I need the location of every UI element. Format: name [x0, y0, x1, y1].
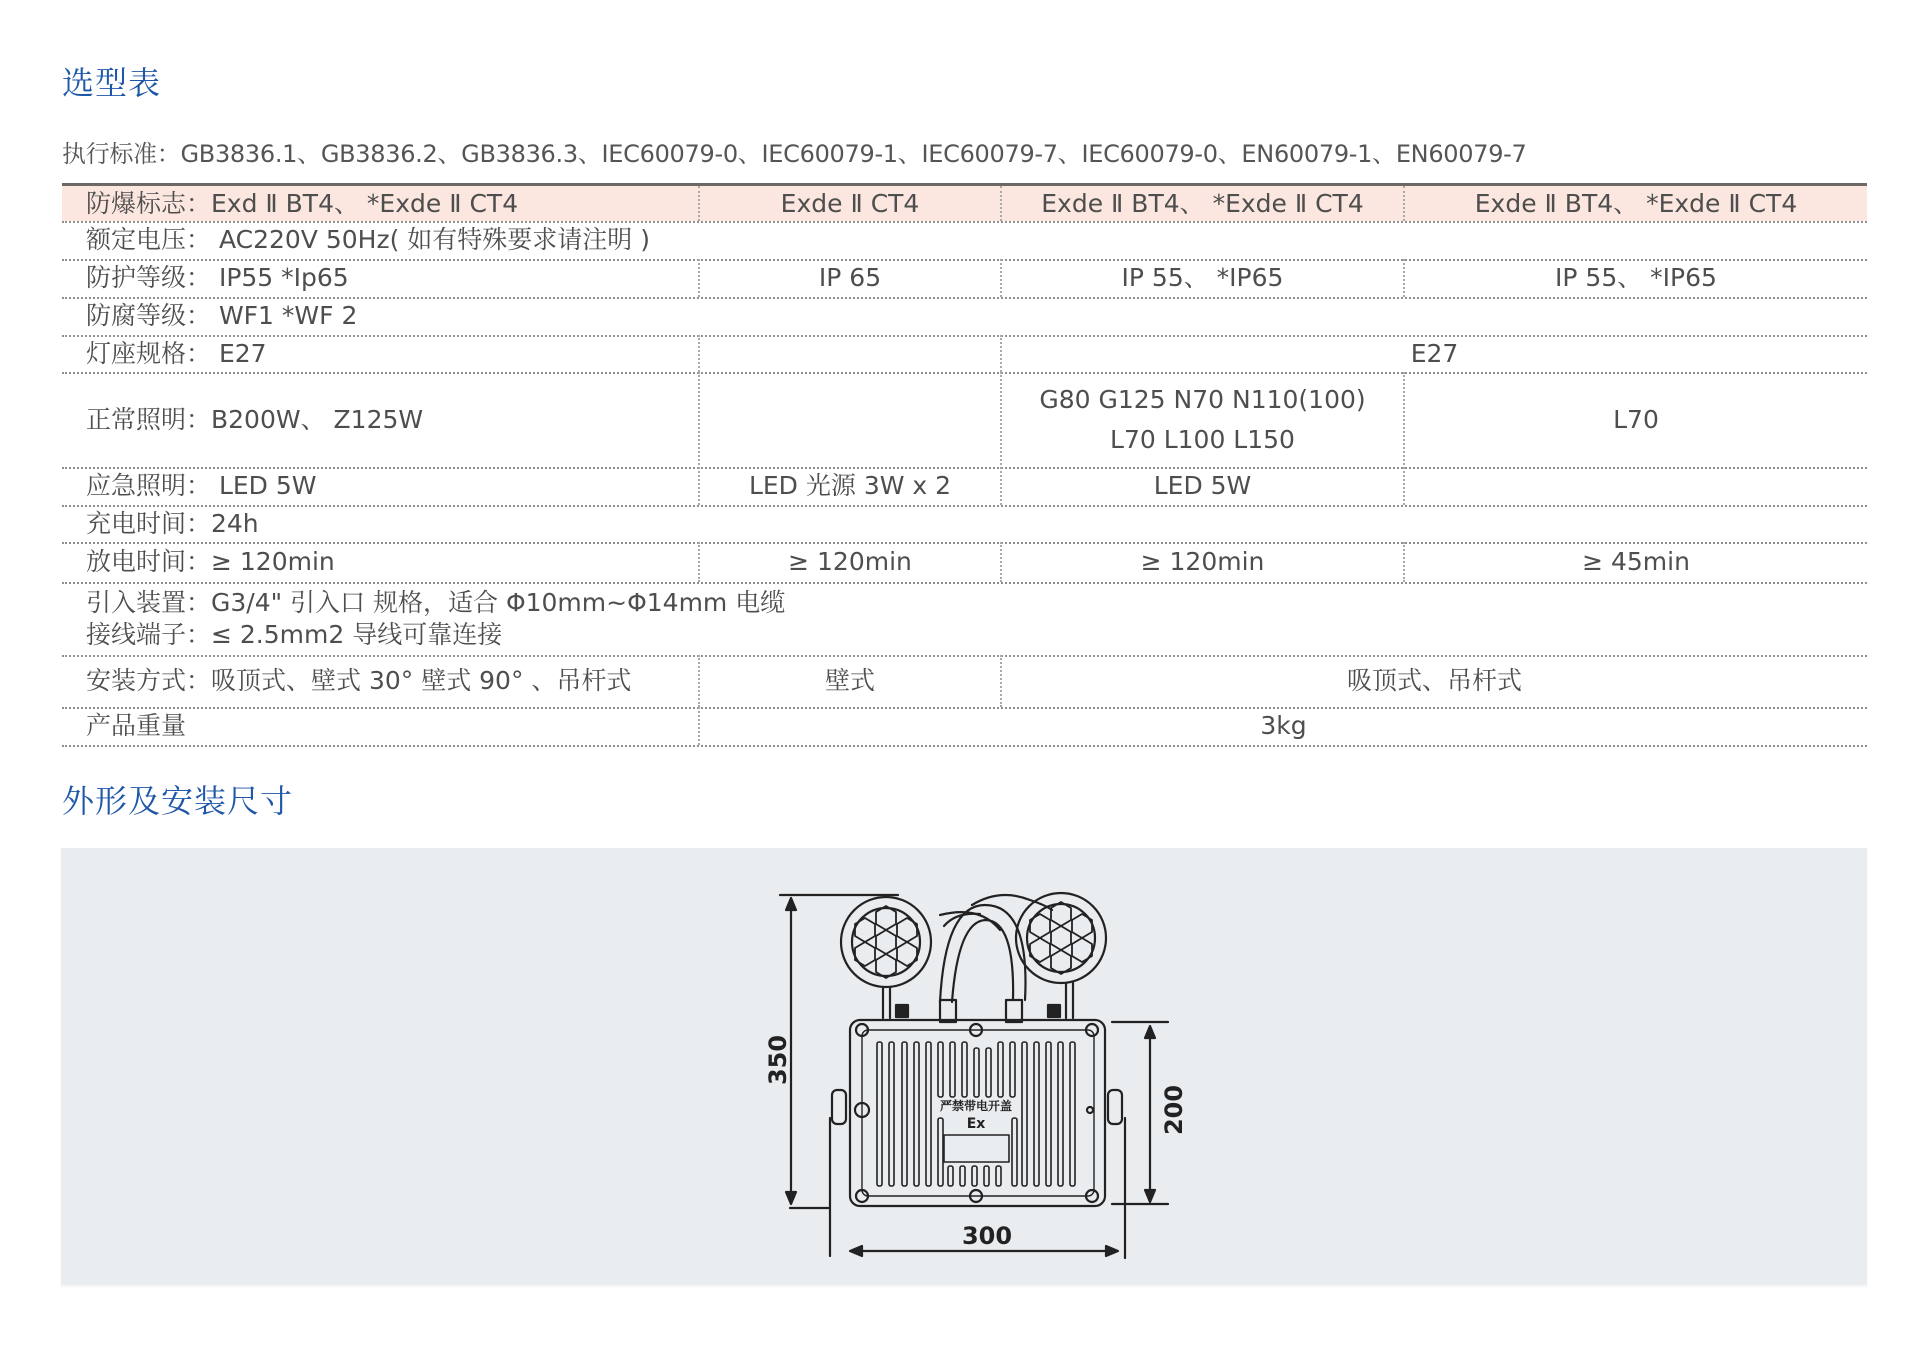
charge-time-cell: 充电时间：24h: [62, 505, 1062, 542]
normal-lighting-col2: [700, 372, 1000, 467]
normal-lighting-col1: 正常照明：B200W、 Z125W: [62, 372, 698, 467]
discharge-time-col4: ≥ 45min: [1405, 542, 1867, 582]
header-col3: Exde Ⅱ BT4、 *Exde Ⅱ CT4: [1002, 186, 1403, 221]
header-col2: Exde Ⅱ CT4: [700, 186, 1000, 221]
installation-col34: 吸顶式、吊杆式: [1002, 655, 1867, 707]
normal-lighting-col3: G80 G125 N70 N110(100) L70 L100 L150: [1002, 372, 1403, 467]
normal-lighting-col3-line1: G80 G125 N70 N110(100): [1039, 384, 1365, 423]
discharge-time-col3: ≥ 120min: [1002, 542, 1403, 582]
wiring-line2: 接线端子：≤ 2.5mm2 导线可靠连接: [86, 619, 502, 650]
voltage-cell: 额定电压： AC220V 50Hz( 如有特殊要求请注明 ): [62, 221, 1062, 259]
weight-col234: 3kg: [700, 707, 1867, 745]
protection-col1: 防护等级： IP55 *Ip65: [62, 259, 698, 297]
emergency-lighting-col2: LED 光源 3W x 2: [700, 467, 1000, 505]
lamp-socket-col34: E27: [1002, 335, 1867, 372]
wiring-cell: 引入装置：G3/4" 引入口 规格，适合 Φ10mm~Φ14mm 电缆 接线端子…: [62, 582, 1262, 655]
selection-table-title: 选型表: [62, 58, 161, 104]
discharge-time-col2: ≥ 120min: [700, 542, 1000, 582]
lamp-socket-col1: 灯座规格： E27: [62, 335, 698, 372]
installation-col1: 安装方式：吸顶式、壁式 30° 壁式 90° 、吊杆式: [62, 655, 698, 707]
lamp-socket-col2: [700, 335, 1000, 372]
normal-lighting-col3-line2: L70 L100 L150: [1110, 424, 1295, 455]
header-col4: Exde Ⅱ BT4、 *Exde Ⅱ CT4: [1405, 186, 1867, 221]
installation-col2: 壁式: [700, 655, 1000, 707]
dimension-diagram-panel: [61, 848, 1867, 1285]
protection-col4: IP 55、 *IP65: [1405, 259, 1867, 297]
selection-table: 防爆标志：Exd Ⅱ BT4、 *Exde Ⅱ CT4 Exde Ⅱ CT4 E…: [62, 183, 1867, 745]
anticorrosion-cell: 防腐等级： WF1 *WF 2: [62, 297, 1062, 335]
weight-col1: 产品重量: [62, 707, 698, 745]
emergency-lighting-col3: LED 5W: [1002, 467, 1403, 505]
protection-col3: IP 55、 *IP65: [1002, 259, 1403, 297]
row-divider: [62, 745, 1867, 747]
wiring-line1: 引入装置：G3/4" 引入口 规格，适合 Φ10mm~Φ14mm 电缆: [86, 587, 785, 618]
discharge-time-col1: 放电时间：≥ 120min: [62, 542, 698, 582]
header-col1: 防爆标志：Exd Ⅱ BT4、 *Exde Ⅱ CT4: [62, 186, 698, 221]
emergency-lighting-col4: [1405, 467, 1867, 505]
emergency-lighting-col1: 应急照明： LED 5W: [62, 467, 698, 505]
protection-col2: IP 65: [700, 259, 1000, 297]
standards-text: 执行标准：GB3836.1、GB3836.2、GB3836.3、IEC60079…: [62, 134, 1527, 169]
normal-lighting-col4: L70: [1405, 372, 1867, 467]
dimensions-title: 外形及安装尺寸: [62, 776, 293, 822]
